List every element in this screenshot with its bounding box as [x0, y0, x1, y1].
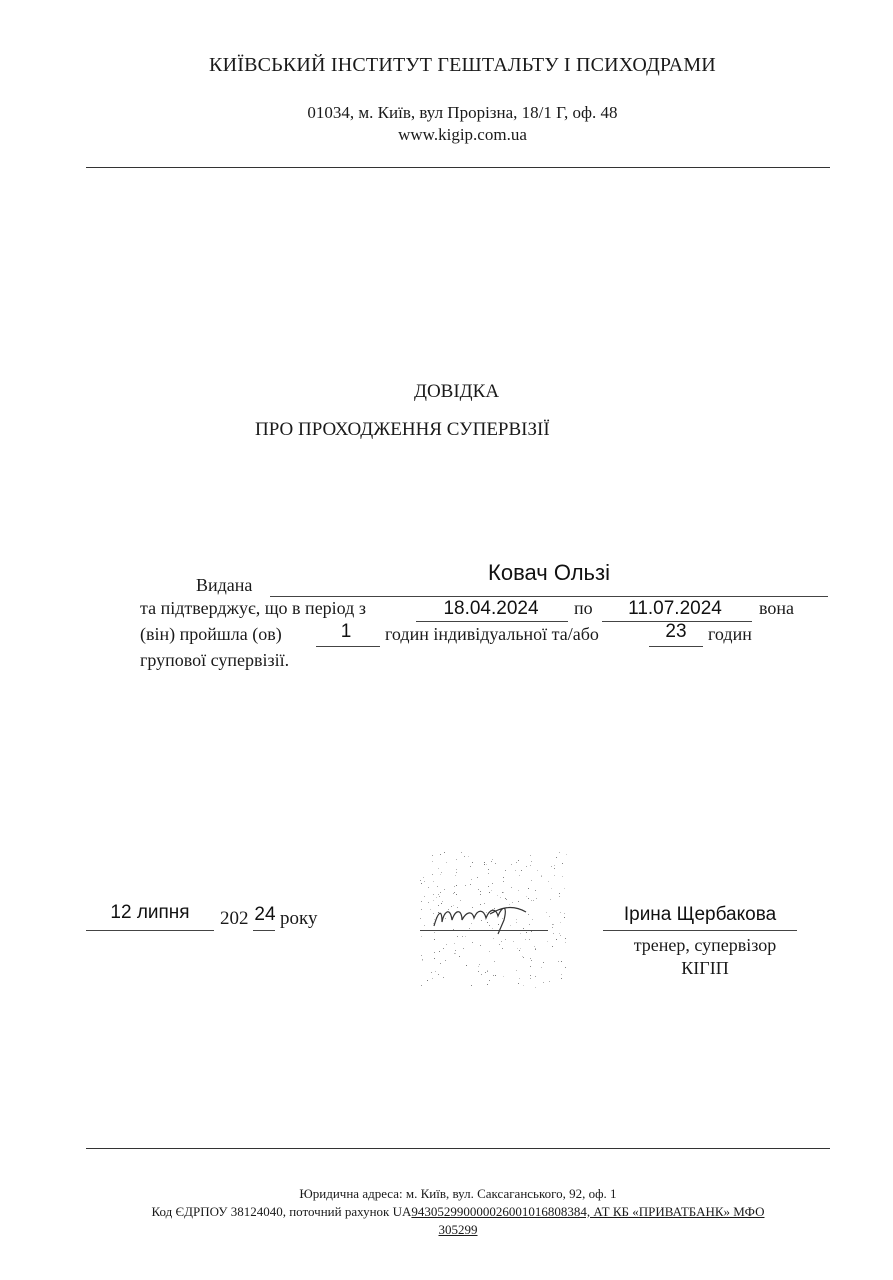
- year-prefix: 202: [220, 908, 249, 930]
- group-hours-line: [649, 646, 703, 647]
- individual-hours-line: [316, 646, 380, 647]
- group-hours: 23: [649, 621, 703, 643]
- date-to: 11.07.2024: [602, 598, 748, 620]
- institution-website: www.kigip.com.ua: [0, 125, 893, 145]
- she-word: вона: [759, 598, 794, 619]
- footer-divider: [86, 1148, 830, 1149]
- signer-name: Ірина Щербакова: [603, 904, 797, 926]
- individual-text: годин індивідуальної та/або: [385, 624, 599, 645]
- hours-word: годин: [708, 624, 752, 645]
- individual-hours: 1: [316, 621, 376, 643]
- date-day-month: 12 липня: [90, 902, 210, 924]
- institution-name: КИЇВСЬКИЙ ІНСТИТУТ ГЕШТАЛЬТУ І ПСИХОДРАМ…: [0, 54, 893, 77]
- passed-text: (він) пройшла (ов): [140, 624, 282, 645]
- document-subtitle: ПРО ПРОХОДЖЕННЯ СУПЕРВІЗІЇ: [255, 419, 550, 441]
- year-suffix: 24: [252, 904, 278, 926]
- confirms-text: та підтверджує, що в період з: [140, 598, 366, 619]
- to-word: по: [574, 598, 593, 619]
- signer-name-line: [603, 930, 797, 931]
- bank-account: 94305299000002600101680838­4, АТ КБ «ПРИ…: [411, 1204, 764, 1219]
- year-suffix-line: [253, 930, 275, 931]
- header-divider: [86, 167, 830, 168]
- signature-icon: [428, 890, 538, 940]
- signer-role: тренер, супервізор: [603, 935, 807, 956]
- date-from: 18.04.2024: [416, 598, 566, 620]
- date-from-line: [416, 621, 568, 622]
- legal-address: Юридична адреса: м. Київ, вул. Саксаганс…: [86, 1186, 830, 1202]
- document-title: ДОВІДКА: [414, 381, 499, 403]
- group-text: групової супервізії.: [140, 650, 289, 671]
- issued-label: Видана: [196, 575, 252, 596]
- year-word: року: [280, 908, 317, 930]
- date-line: [86, 930, 214, 931]
- issued-to-name: Ковач Ользі: [270, 560, 828, 586]
- bank-mfo: 305299: [86, 1222, 830, 1238]
- code-prefix: Код ЄДРПОУ 38124040, поточний рахунок UA: [152, 1204, 412, 1219]
- institution-address: 01034, м. Київ, вул Прорізна, 18/1 Г, оф…: [0, 103, 893, 123]
- bank-details: Код ЄДРПОУ 38124040, поточний рахунок UA…: [86, 1204, 830, 1220]
- issued-to-line: [270, 596, 828, 597]
- signer-org: КІГІП: [603, 958, 807, 979]
